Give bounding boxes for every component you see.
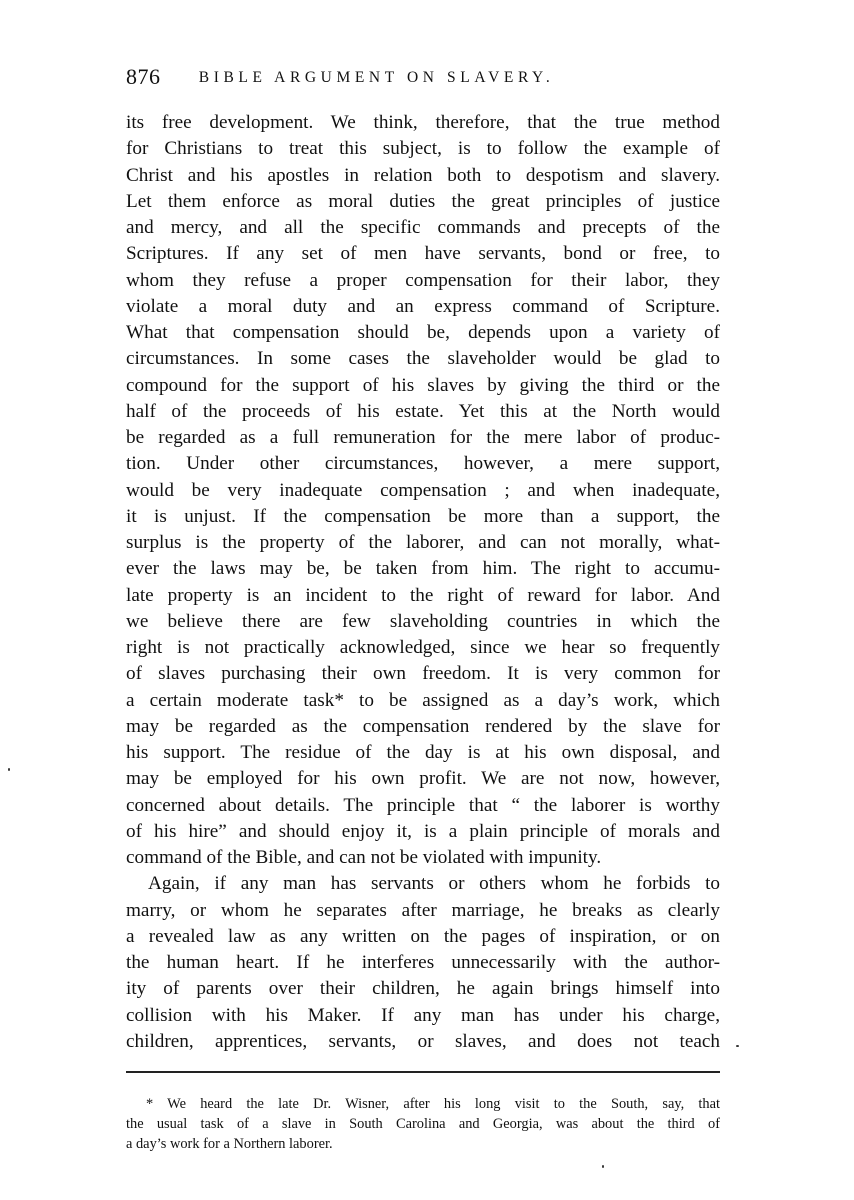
body-text: its free development. We think, therefor… <box>126 110 720 1055</box>
text-line: may be employed for his own profit. We a… <box>126 766 720 792</box>
text-line: for Christians to treat this subject, is… <box>126 136 720 162</box>
running-head: 876 BIBLE ARGUMENT ON SLAVERY. <box>126 62 720 92</box>
paragraph-end-line: command of the Bible, and can not be vio… <box>126 845 720 871</box>
text-line: What that compensation should be, depend… <box>126 320 720 346</box>
text-line: Scriptures. If any set of men have serva… <box>126 241 720 267</box>
footnote-line: * We heard the late Dr. Wisner, after hi… <box>126 1094 720 1114</box>
text-line: Christ and his apostles in relation both… <box>126 163 720 189</box>
text-line: tion. Under other circumstances, however… <box>126 451 720 477</box>
text-line: late property is an incident to the righ… <box>126 583 720 609</box>
text-line: children, apprentices, servants, or slav… <box>126 1029 720 1055</box>
text-line: collision with his Maker. If any man has… <box>126 1003 720 1029</box>
footnote: * We heard the late Dr. Wisner, after hi… <box>126 1094 720 1154</box>
scan-speck <box>736 1045 739 1047</box>
text-line: his support. The residue of the day is a… <box>126 740 720 766</box>
text-line: Let them enforce as moral duties the gre… <box>126 189 720 215</box>
paragraph-start-line: Again, if any man has servants or others… <box>126 871 720 897</box>
text-line: its free development. We think, therefor… <box>126 110 720 136</box>
footnote-line: the usual task of a slave in South Carol… <box>126 1114 720 1134</box>
text-line: a revealed law as any written on the pag… <box>126 924 720 950</box>
book-page: 876 BIBLE ARGUMENT ON SLAVERY. its free … <box>0 0 854 1200</box>
text-line: a certain moderate task* to be assigned … <box>126 688 720 714</box>
text-line: it is unjust. If the compensation be mor… <box>126 504 720 530</box>
text-line: whom they refuse a proper compensation f… <box>126 268 720 294</box>
text-line: of slaves purchasing their own freedom. … <box>126 661 720 687</box>
scan-speck <box>8 768 10 771</box>
running-title: BIBLE ARGUMENT ON SLAVERY. <box>199 63 555 93</box>
text-line: half of the proceeds of his estate. Yet … <box>126 399 720 425</box>
page-number: 876 <box>126 62 161 92</box>
text-line: marry, or whom he separates after marria… <box>126 898 720 924</box>
text-line: we believe there are few slaveholding co… <box>126 609 720 635</box>
text-line: compound for the support of his slaves b… <box>126 373 720 399</box>
footnote-line: a day’s work for a Northern laborer. <box>126 1134 720 1154</box>
text-line: may be regarded as the compensation rend… <box>126 714 720 740</box>
text-line: right is not practically acknowledged, s… <box>126 635 720 661</box>
text-line: and mercy, and all the specific commands… <box>126 215 720 241</box>
text-line: ever the laws may be, be taken from him.… <box>126 556 720 582</box>
text-line: circumstances. In some cases the slaveho… <box>126 346 720 372</box>
text-line: concerned about details. The principle t… <box>126 793 720 819</box>
text-line: ity of parents over their children, he a… <box>126 976 720 1002</box>
text-line: would be very inadequate compensation ; … <box>126 478 720 504</box>
scan-speck <box>602 1165 604 1168</box>
text-line: the human heart. If he interferes unnece… <box>126 950 720 976</box>
footnote-divider <box>126 1071 720 1073</box>
text-line: of his hire” and should enjoy it, is a p… <box>126 819 720 845</box>
text-line: surplus is the property of the laborer, … <box>126 530 720 556</box>
text-line: violate a moral duty and an express comm… <box>126 294 720 320</box>
text-line: be regarded as a full remuneration for t… <box>126 425 720 451</box>
